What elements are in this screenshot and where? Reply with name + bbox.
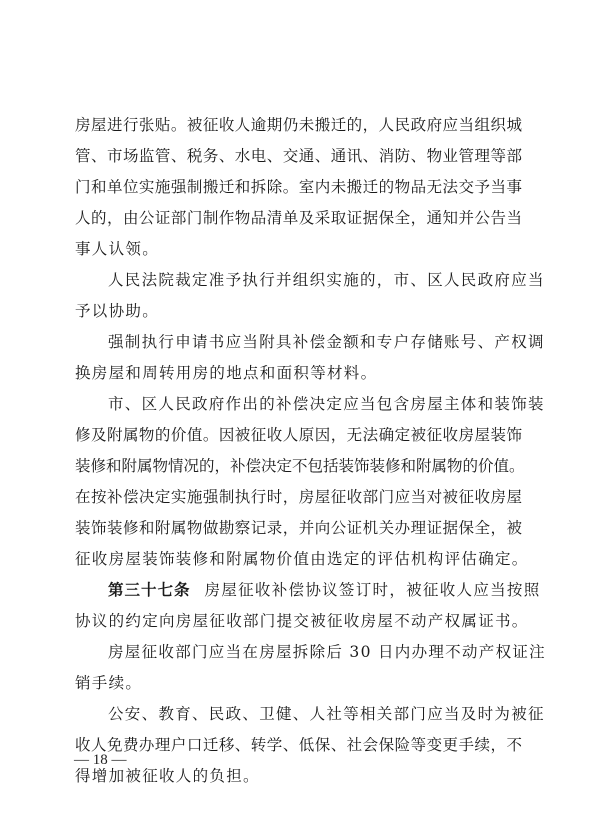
text-line: 换房屋和周转用房的地点和面积等材料。	[75, 358, 522, 389]
paragraph-3: 强制执行申请书应当附具补偿金额和专户存储账号、产权调 换房屋和周转用房的地点和面…	[75, 327, 522, 389]
text-line: 门和单位实施强制搬迁和拆除。室内未搬迁的物品无法交予当事	[75, 172, 522, 203]
text-line: 强制执行申请书应当附具补偿金额和专户存储账号、产权调	[75, 327, 522, 358]
text-line: 事人认领。	[75, 234, 522, 265]
text-line: 房屋征收部门应当在房屋拆除后 30 日内办理不动产权证注	[75, 637, 522, 668]
text-line: 修及附属物的价值。因被征收人原因，无法确定被征收房屋装饰	[75, 420, 522, 451]
article-number: 第三十七条	[108, 581, 191, 599]
text-line: 在按补偿决定实施强制执行时，房屋征收部门应当对被征收房屋	[75, 482, 522, 513]
text-line: 协议的约定向房屋征收部门提交被征收房屋不动产权属证书。	[75, 606, 522, 637]
document-page: 房屋进行张贴。被征收人逾期仍未搬迁的，人民政府应当组织城 管、市场监管、税务、水…	[0, 0, 590, 837]
text-line: 公安、教育、民政、卫健、人社等相关部门应当及时为被征	[75, 699, 522, 730]
page-number: — 18 —	[74, 752, 127, 769]
text-line: 房屋进行张贴。被征收人逾期仍未搬迁的，人民政府应当组织城	[75, 110, 522, 141]
article-37: 第三十七条房屋征收补偿协议签订时，被征收人应当按照 协议的约定向房屋征收部门提交…	[75, 575, 522, 637]
paragraph-7: 公安、教育、民政、卫健、人社等相关部门应当及时为被征 收人免费办理户口迁移、转学…	[75, 699, 522, 792]
text-line: 得增加被征收人的负担。	[75, 761, 522, 792]
text-line: 装饰装修和附属物做勘察记录，并向公证机关办理证据保全，被	[75, 513, 522, 544]
text-line: 销手续。	[75, 668, 522, 699]
text-line: 第三十七条房屋征收补偿协议签订时，被征收人应当按照	[75, 575, 522, 606]
text-line: 征收房屋装饰装修和附属物价值由选定的评估机构评估确定。	[75, 544, 522, 575]
text-line: 装修和附属物情况的，补偿决定不包括装饰装修和附属物的价值。	[75, 451, 522, 482]
paragraph-6: 房屋征收部门应当在房屋拆除后 30 日内办理不动产权证注 销手续。	[75, 637, 522, 699]
paragraph-4: 市、区人民政府作出的补偿决定应当包含房屋主体和装饰装 修及附属物的价值。因被征收…	[75, 389, 522, 575]
article-text: 房屋征收补偿协议签订时，被征收人应当按照	[205, 581, 541, 599]
text-line: 管、市场监管、税务、水电、交通、通讯、消防、物业管理等部	[75, 141, 522, 172]
body-text: 房屋进行张贴。被征收人逾期仍未搬迁的，人民政府应当组织城 管、市场监管、税务、水…	[75, 110, 522, 792]
paragraph-1: 房屋进行张贴。被征收人逾期仍未搬迁的，人民政府应当组织城 管、市场监管、税务、水…	[75, 110, 522, 265]
text-line: 予以协助。	[75, 296, 522, 327]
text-line: 收人免费办理户口迁移、转学、低保、社会保险等变更手续，不	[75, 730, 522, 761]
paragraph-2: 人民法院裁定准予执行并组织实施的，市、区人民政府应当 予以协助。	[75, 265, 522, 327]
text-line: 人的，由公证部门制作物品清单及采取证据保全，通知并公告当	[75, 203, 522, 234]
text-line: 市、区人民政府作出的补偿决定应当包含房屋主体和装饰装	[75, 389, 522, 420]
text-line: 人民法院裁定准予执行并组织实施的，市、区人民政府应当	[75, 265, 522, 296]
